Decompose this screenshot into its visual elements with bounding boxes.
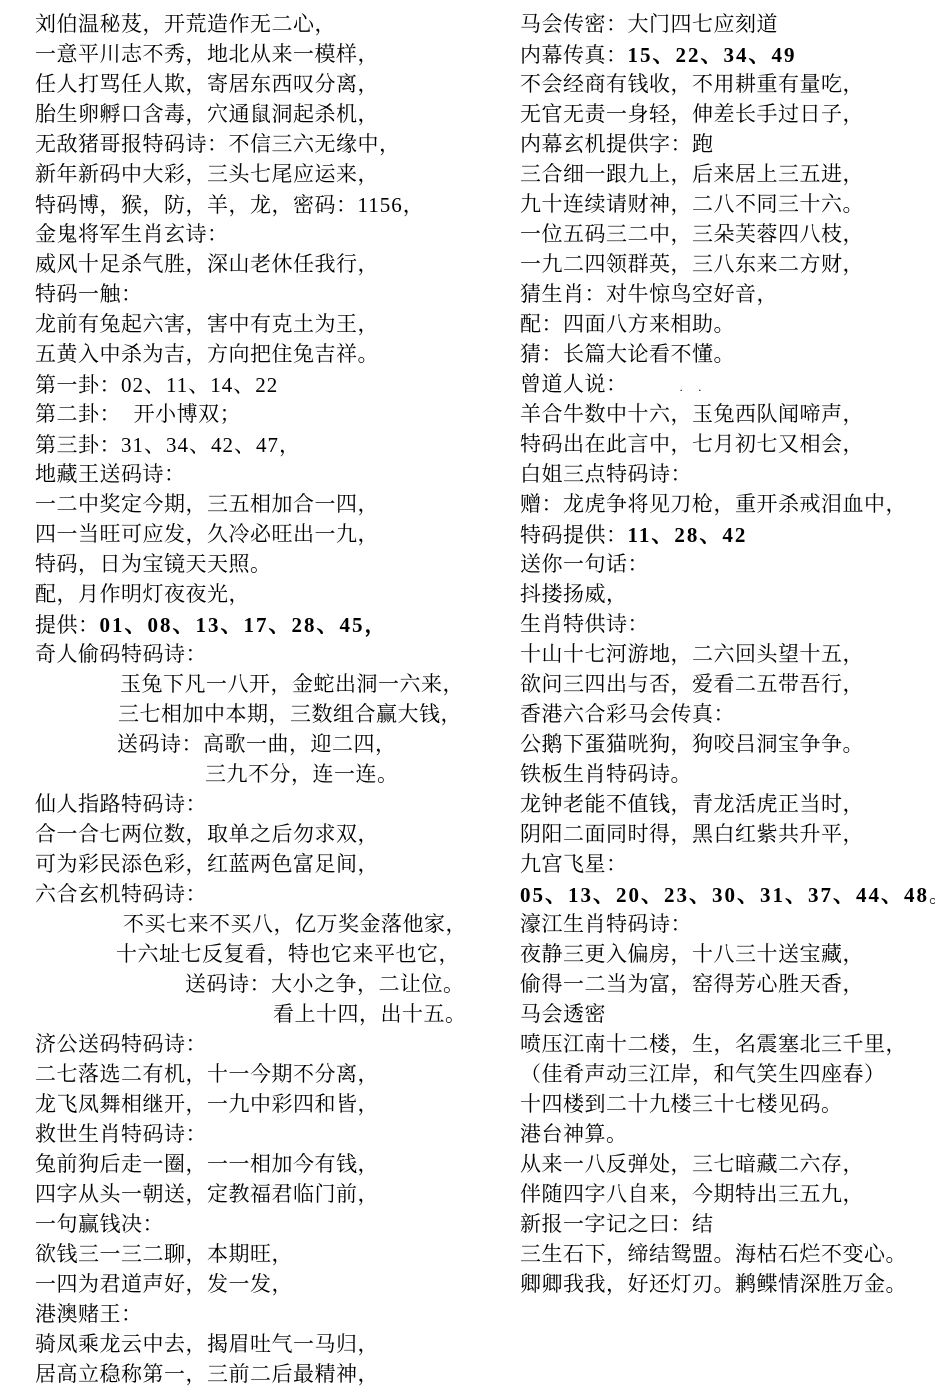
text-segment: 第一卦： (35, 374, 121, 397)
text-line: 送码诗：高歌一曲，迎二四， (35, 730, 490, 760)
text-line: 十四楼到二十九楼三十七楼见码。 (520, 1090, 935, 1120)
text-segment: 一二中奖定今期，三五相加合一四， (35, 493, 379, 516)
text-segment: 港澳赌王： (35, 1303, 143, 1326)
text-line: 四一当旺可应发，久冷必旺出一九， (35, 520, 490, 550)
text-line: 济公送码特码诗： (35, 1030, 490, 1060)
text-line: 一意平川志不秀，地北从来一模样， (35, 40, 490, 70)
text-segment: 马会传密：大门四七应刻道 (520, 13, 778, 36)
text-segment: 新报一字记之曰：结 (520, 1213, 714, 1236)
text-segment: 居高立稳称第一，三前二后最精神， (35, 1363, 379, 1386)
text-segment: 仙人指路特码诗： (35, 793, 207, 816)
text-line: 第三卦：31、34、42、47， (35, 430, 490, 460)
text-segment: 特码，日为宝镜天天照。 (35, 553, 272, 576)
text-segment: 喷压江南十二楼，生，名震塞北三千里， (520, 1033, 907, 1056)
text-segment: 。 (929, 884, 935, 907)
text-segment: 配，月作明灯夜夜光， (35, 583, 250, 606)
text-line: 刘伯温秘芨，开荒造作无二心， (35, 10, 490, 40)
text-segment: 猜生肖：对牛惊鸟空好音， (520, 283, 778, 306)
text-segment: 阴阳二面同时得，黑白红紫共升平， (520, 823, 864, 846)
text-segment: 配：四面八方来相助。 (520, 313, 735, 336)
text-line: 不会经商有钱收，不用耕重有量吃， (520, 70, 935, 100)
document-page: 刘伯温秘芨，开荒造作无二心，一意平川志不秀，地北从来一模样，任人打骂任人欺，寄居… (0, 0, 935, 1388)
text-segment: 无敌猪哥报特码诗：不信三六无缘中， (35, 133, 401, 156)
text-segment: 无官无责一身轻，伸差长手过日子， (520, 103, 864, 126)
text-line: 送码诗：大小之争，二让位。 (35, 970, 490, 1000)
text-line: 新年新码中大彩，三头七尾应运来， (35, 160, 490, 190)
text-segment: 地藏王送码诗： (35, 463, 186, 486)
text-line: 龙飞凤舞相继开，一九中彩四和皆， (35, 1090, 490, 1120)
text-line: 特码，日为宝镜天天照。 (35, 550, 490, 580)
text-segment: 31、34、42、47 (121, 433, 279, 457)
text-segment: 一位五码三二中，三朵芙蓉四八枝， (520, 223, 864, 246)
text-line: 九宫飞星： (520, 850, 935, 880)
text-segment: 从来一八反弹处，三七暗藏二六存， (520, 1153, 864, 1176)
text-segment: 欲问三四出与否，爱看二五带吾行， (520, 673, 864, 696)
text-segment: 送你一句话： (520, 553, 649, 576)
text-line: 一二中奖定今期，三五相加合一四， (35, 490, 490, 520)
text-segment: ， (279, 434, 301, 457)
text-line: 偷得一二当为富，窑得芳心胜天香， (520, 970, 935, 1000)
text-segment: 五黄入中杀为吉，方向把住兔吉祥。 (35, 343, 379, 366)
text-line: 欲问三四出与否，爱看二五带吾行， (520, 670, 935, 700)
text-segment: 曾道人说： (520, 373, 628, 396)
text-segment: 白姐三点特码诗： (520, 463, 692, 486)
text-segment: 第二卦： 开小博双； (35, 403, 241, 426)
text-segment: 十山十七河游地，二六回头望十五， (520, 643, 864, 666)
number-sequence: 01、08、13、17、28、45， (100, 613, 388, 637)
text-line: 威风十足杀气胜，深山老休任我行， (35, 250, 490, 280)
right-text-column: 马会传密：大门四七应刻道内幕传真：15、22、34、49不会经商有钱收，不用耕重… (520, 10, 935, 1300)
text-line: 奇人偷码特码诗： (35, 640, 490, 670)
text-line: 特码出在此言中，七月初七又相会， (520, 430, 935, 460)
text-segment: 特码提供： (520, 524, 628, 547)
text-line: 居高立稳称第一，三前二后最精神， (35, 1360, 490, 1388)
text-line: 地藏王送码诗： (35, 460, 490, 490)
text-line: 猜生肖：对牛惊鸟空好音， (520, 280, 935, 310)
text-segment: 特码一触： (35, 283, 143, 306)
text-segment: 提供： (35, 614, 100, 637)
text-segment: 不买七来不买八，亿万奖金落他家， (123, 913, 467, 936)
text-line: （佳肴声动三江岸，和气笑生四座春） (520, 1060, 935, 1090)
text-segment: 济公送码特码诗： (35, 1033, 207, 1056)
text-segment: 四一当旺可应发，久冷必旺出一九， (35, 523, 379, 546)
text-segment: 赠：龙虎争将见刀枪，重开杀戒泪血中， (520, 493, 907, 516)
text-line: 内幕传真：15、22、34、49 (520, 40, 935, 70)
text-line: 欲钱三一三二聊，本期旺， (35, 1240, 490, 1270)
text-line: 十六址七反复看，特也它来平也它， (35, 940, 490, 970)
text-line: 一九二四领群英，三八东来二方财， (520, 250, 935, 280)
text-line: 三九不分，连一连。 (35, 760, 490, 790)
text-line: 一四为君道声好，发一发， (35, 1270, 490, 1300)
text-line: 铁板生肖特码诗。 (520, 760, 935, 790)
text-line: 胎生卵孵口含毒，穴通鼠洞起杀机， (35, 100, 490, 130)
text-segment: 偷得一二当为富，窑得芳心胜天香， (520, 973, 864, 996)
text-segment: 第三卦： (35, 434, 121, 457)
text-line: 一句赢钱决： (35, 1210, 490, 1240)
text-line: 玉兔下凡一八开，金蛇出洞一六来， (35, 670, 490, 700)
text-line: 马会传密：大门四七应刻道 (520, 10, 935, 40)
text-line: 白姐三点特码诗： (520, 460, 935, 490)
text-segment: 合一合七两位数，取单之后勿求双， (35, 823, 379, 846)
text-line: 配：四面八方来相助。 (520, 310, 935, 340)
text-line: 无敌猪哥报特码诗：不信三六无缘中， (35, 130, 490, 160)
text-segment: 三生石下，缔结鸳盟。海枯石烂不变心。 (520, 1243, 907, 1266)
text-line: 二七落选二有机，十一今期不分离， (35, 1060, 490, 1090)
text-segment: 特码出在此言中，七月初七又相会， (520, 433, 864, 456)
text-segment: 二七落选二有机，十一今期不分离， (35, 1063, 379, 1086)
text-line: 伴随四字八自来，今期特出三五九， (520, 1180, 935, 1210)
text-line: 五黄入中杀为吉，方向把住兔吉祥。 (35, 340, 490, 370)
text-line: 四字从头一朝送，定教福君临门前， (35, 1180, 490, 1210)
text-segment: 铁板生肖特码诗。 (520, 763, 692, 786)
text-line: 羊合牛数中十六，玉兔西队闻啼声， (520, 400, 935, 430)
text-segment: 濠江生肖特码诗： (520, 913, 692, 936)
text-line: 任人打骂任人欺，寄居东西叹分离， (35, 70, 490, 100)
text-segment: 九十连续请财神，二八不同三十六。 (520, 193, 864, 216)
text-segment: 刘伯温秘芨，开荒造作无二心， (35, 13, 336, 36)
text-segment: 兔前狗后走一圈，一一相加今有钱， (35, 1153, 379, 1176)
text-line: 十山十七河游地，二六回头望十五， (520, 640, 935, 670)
text-line: 合一合七两位数，取单之后勿求双， (35, 820, 490, 850)
text-line: 阴阳二面同时得，黑白红紫共升平， (520, 820, 935, 850)
text-line: 看上十四，出十五。 (35, 1000, 490, 1030)
text-segment: 内幕传真： (520, 44, 628, 67)
text-segment: 一四为君道声好，发一发， (35, 1273, 293, 1296)
text-segment: 新年新码中大彩，三头七尾应运来， (35, 163, 379, 186)
text-line: 送你一句话： (520, 550, 935, 580)
text-line: 金鬼将军生肖玄诗： (35, 220, 490, 250)
text-line: 抖搂扬威， (520, 580, 935, 610)
text-segment: 马会透密 (520, 1003, 606, 1026)
text-segment: 抖搂扬威， (520, 583, 628, 606)
text-line: 从来一八反弹处，三七暗藏二六存， (520, 1150, 935, 1180)
text-line: 生肖特供诗： (520, 610, 935, 640)
text-line: 仙人指路特码诗： (35, 790, 490, 820)
text-segment: 六合玄机特码诗： (35, 883, 207, 906)
text-line: 特码提供：11、28、42 (520, 520, 935, 550)
text-segment: 特码博，猴，防，羊，龙，密码： (35, 194, 358, 217)
text-segment: 内幕玄机提供字：跑 (520, 133, 714, 156)
text-segment: 三九不分，连一连。 (205, 763, 399, 786)
text-line: 曾道人说：. . (520, 370, 935, 400)
text-line: 不买七来不买八，亿万奖金落他家， (35, 910, 490, 940)
text-segment: 送码诗：大小之争，二让位。 (185, 973, 465, 996)
text-line: 无官无责一身轻，伸差长手过日子， (520, 100, 935, 130)
text-segment: 任人打骂任人欺，寄居东西叹分离， (35, 73, 379, 96)
text-line: 第一卦：02、11、14、22 (35, 370, 490, 400)
text-segment: 骑凤乘龙云中去，揭眉吐气一马归， (35, 1333, 379, 1356)
text-line: 救世生肖特码诗： (35, 1120, 490, 1150)
text-segment: 龙前有兔起六害，害中有克土为王， (35, 313, 379, 336)
text-segment: 十四楼到二十九楼三十七楼见码。 (520, 1093, 843, 1116)
text-segment: 九宫飞星： (520, 853, 628, 876)
text-segment: 伴随四字八自来，今期特出三五九， (520, 1183, 864, 1206)
text-segment: 胎生卵孵口含毒，穴通鼠洞起杀机， (35, 103, 379, 126)
text-line: 兔前狗后走一圈，一一相加今有钱， (35, 1150, 490, 1180)
text-segment: 龙钟老能不值钱，青龙活虎正当时， (520, 793, 864, 816)
text-segment: 一意平川志不秀，地北从来一模样， (35, 43, 379, 66)
text-line: 夜静三更入偏房，十八三十送宝藏， (520, 940, 935, 970)
text-segment: （佳肴声动三江岸，和气笑生四座春） (520, 1063, 886, 1086)
text-line: 港澳赌王： (35, 1300, 490, 1330)
text-segment: 公鹅下蛋猫咣狗，狗咬吕洞宝争争。 (520, 733, 864, 756)
text-segment: 金鬼将军生肖玄诗： (35, 223, 229, 246)
text-line: 赠：龙虎争将见刀枪，重开杀戒泪血中， (520, 490, 935, 520)
text-line: 05、13、20、23、30、31、37、44、48。 (520, 880, 935, 910)
number-sequence: 15、22、34、49 (628, 43, 797, 67)
number-sequence: 11、28、42 (628, 523, 748, 547)
text-line: 三合细一跟九上，后来居上三五进， (520, 160, 935, 190)
text-segment: 猜：长篇大论看不懂。 (520, 343, 735, 366)
text-line: 一位五码三二中，三朵芙蓉四八枝， (520, 220, 935, 250)
number-sequence: 05、13、20、23、30、31、37、44、48 (520, 883, 929, 907)
text-segment: 看上十四，出十五。 (273, 1003, 467, 1026)
text-line: 提供：01、08、13、17、28、45， (35, 610, 490, 640)
text-line: 特码一触： (35, 280, 490, 310)
text-segment: 卿卿我我，好还灯刃。鹣鲽情深胜万金。 (520, 1273, 907, 1296)
text-segment: 夜静三更入偏房，十八三十送宝藏， (520, 943, 864, 966)
text-line: 内幕玄机提供字：跑 (520, 130, 935, 160)
text-segment: 欲钱三一三二聊，本期旺， (35, 1243, 293, 1266)
text-line: 龙前有兔起六害，害中有克土为王， (35, 310, 490, 340)
text-line: 猜：长篇大论看不懂。 (520, 340, 935, 370)
text-line: 新报一字记之曰：结 (520, 1210, 935, 1240)
text-line: 骑凤乘龙云中去，揭眉吐气一马归， (35, 1330, 490, 1360)
text-segment: 羊合牛数中十六，玉兔西队闻啼声， (520, 403, 864, 426)
text-line: 特码博，猴，防，羊，龙，密码：1156， (35, 190, 490, 220)
text-line: 三七相加中本期，三数组合赢大钱， (35, 700, 490, 730)
text-segment: 救世生肖特码诗： (35, 1123, 207, 1146)
text-line: 香港六合彩马会传真： (520, 700, 935, 730)
text-segment: 1156 (358, 193, 403, 217)
text-line: 港台神算。 (520, 1120, 935, 1150)
text-line: 六合玄机特码诗： (35, 880, 490, 910)
text-segment: 十六址七反复看，特也它来平也它， (116, 943, 460, 966)
text-line: 卿卿我我，好还灯刃。鹣鲽情深胜万金。 (520, 1270, 935, 1300)
text-segment: 威风十足杀气胜，深山老休任我行， (35, 253, 379, 276)
left-text-column: 刘伯温秘芨，开荒造作无二心，一意平川志不秀，地北从来一模样，任人打骂任人欺，寄居… (35, 10, 490, 1388)
dots-mark: . . (680, 380, 708, 394)
text-segment: 生肖特供诗： (520, 613, 649, 636)
text-segment: 三合细一跟九上，后来居上三五进， (520, 163, 864, 186)
text-line: 九十连续请财神，二八不同三十六。 (520, 190, 935, 220)
text-segment: 香港六合彩马会传真： (520, 703, 735, 726)
text-segment: 奇人偷码特码诗： (35, 643, 207, 666)
text-segment: 玉兔下凡一八开，金蛇出洞一六来， (120, 673, 464, 696)
text-segment: 三七相加中本期，三数组合赢大钱， (118, 703, 462, 726)
text-segment: 龙飞凤舞相继开，一九中彩四和皆， (35, 1093, 379, 1116)
text-line: 喷压江南十二楼，生，名震塞北三千里， (520, 1030, 935, 1060)
text-line: 公鹅下蛋猫咣狗，狗咬吕洞宝争争。 (520, 730, 935, 760)
text-line: 三生石下，缔结鸳盟。海枯石烂不变心。 (520, 1240, 935, 1270)
text-segment: ， (403, 194, 425, 217)
text-line: 第二卦： 开小博双； (35, 400, 490, 430)
text-line: 龙钟老能不值钱，青龙活虎正当时， (520, 790, 935, 820)
text-line: 配，月作明灯夜夜光， (35, 580, 490, 610)
text-segment: 02、11、14、22 (121, 373, 278, 397)
text-segment: 一句赢钱决： (35, 1213, 164, 1236)
text-segment: 一九二四领群英，三八东来二方财， (520, 253, 864, 276)
text-segment: 可为彩民添色彩，红蓝两色富足间， (35, 853, 379, 876)
text-segment: 四字从头一朝送，定教福君临门前， (35, 1183, 379, 1206)
text-line: 可为彩民添色彩，红蓝两色富足间， (35, 850, 490, 880)
text-line: 濠江生肖特码诗： (520, 910, 935, 940)
text-segment: 不会经商有钱收，不用耕重有量吃， (520, 73, 864, 96)
text-segment: 港台神算。 (520, 1123, 628, 1146)
text-segment: 送码诗：高歌一曲，迎二四， (117, 733, 397, 756)
text-line: 马会透密 (520, 1000, 935, 1030)
